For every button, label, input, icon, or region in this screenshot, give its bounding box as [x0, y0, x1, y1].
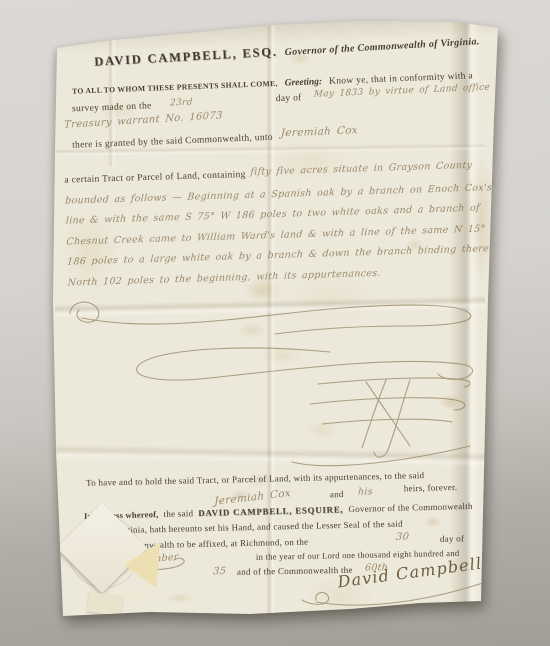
grant-prefix: there is granted by the said Commonwealt…	[72, 133, 273, 151]
seal-paper-fragment	[122, 588, 148, 610]
habendum-text: To have and to hold the said Tract, or P…	[86, 470, 424, 488]
tract-description: a certain Tract or Parcel of Land, conta…	[64, 157, 488, 293]
document-shadow-wrapper: DAVID CAMPBELL, ESQ. Governor of the Com…	[0, 0, 550, 646]
habendum-his-handwritten: his	[357, 486, 373, 497]
salutation-greeting: Greeting:	[284, 77, 322, 88]
habendum-grantee-handwritten: Jeremiah Cox	[214, 487, 291, 508]
survey-prefix: survey made on the	[72, 101, 152, 114]
seal-paper-fragment	[87, 592, 123, 617]
survey-day-handwritten: 23rd	[170, 98, 193, 109]
grantee-name-handwritten: Jeremiah Cox	[280, 124, 358, 139]
fold-crease-horizontal-middle	[55, 295, 485, 318]
photograph-of-land-grant: DAVID CAMPBELL, ESQ. Governor of the Com…	[0, 0, 550, 646]
governor-title-heading: Governor of the Commonwealth of Virginia…	[284, 36, 479, 58]
embossed-seal	[58, 502, 168, 620]
fold-crease-horizontal-lower	[55, 444, 485, 468]
habendum-and: and	[330, 489, 344, 499]
year-handwritten: 35	[213, 566, 227, 577]
salutation-address: TO ALL TO WHOM THESE PRESENTS SHALL COME…	[72, 79, 278, 96]
tract-hand-line: fifty five acres situate in Grayson Coun…	[250, 156, 473, 183]
habendum-line: To have and to hold the said Tract, or P…	[86, 470, 424, 488]
tract-prefix: a certain Tract or Parcel of Land, conta…	[64, 170, 246, 186]
grant-line: there is granted by the said Commonwealt…	[72, 127, 358, 150]
habendum-heirs: heirs, forever.	[404, 482, 458, 493]
survey-day-of: day of	[276, 93, 302, 104]
testimonium-text-5: and of the Commonwealth the	[237, 565, 353, 577]
governor-title-text: Governor of the Commonwealth	[348, 501, 472, 514]
day-of-text: day of	[440, 533, 464, 544]
land-grant-document: DAVID CAMPBELL, ESQ. Governor of the Com…	[0, 0, 550, 646]
governor-name-heading: DAVID CAMPBELL, ESQ.	[94, 45, 278, 70]
document-header: DAVID CAMPBELL, ESQ. Governor of the Com…	[94, 33, 480, 70]
fold-crease-vertical-right	[450, 18, 480, 618]
day-handwritten: 30	[395, 532, 409, 543]
